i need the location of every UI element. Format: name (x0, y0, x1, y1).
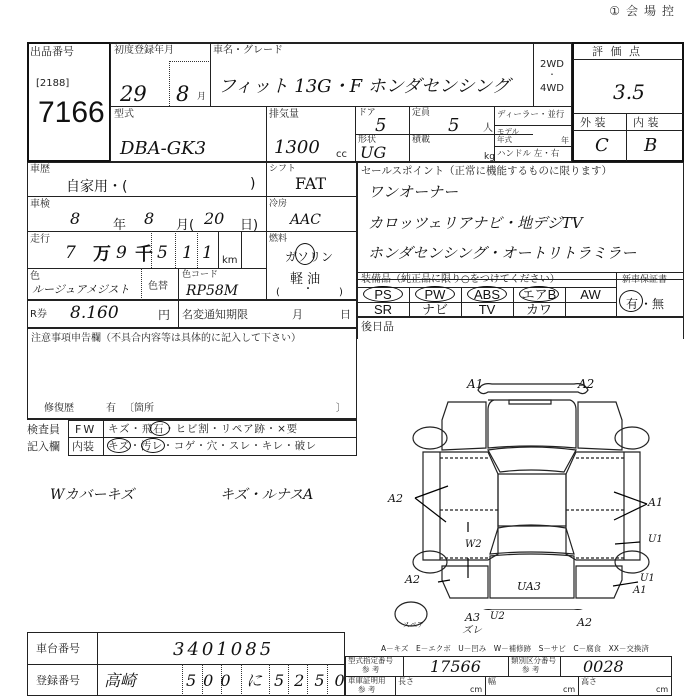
model-type-value: DBA-GK3 (120, 140, 206, 158)
displacement-value: 1300 (274, 139, 320, 157)
sales-point-1: ワンオーナー (368, 185, 458, 200)
length-unit: cm (470, 686, 482, 694)
grade-score-value: 3.5 (613, 82, 645, 102)
category-number-label: 類別区分番号 (511, 657, 556, 665)
equipment-item: TV (461, 303, 513, 317)
rear-note: ズレ (462, 626, 482, 636)
equipment-circle (415, 286, 455, 302)
lot-number: 7166 (38, 96, 105, 130)
chassis-value: 3401085 (173, 641, 274, 659)
damage-legend: A－キズ E－エクボ U－凹み W－補修跡 S－サビ C－腐食 XX－交換済 (381, 645, 649, 653)
grade-score-label: 評 価 点 (592, 46, 642, 57)
interior-items: キズ・汚レ・コゲ・穴・スレ・キレ・破レ (108, 441, 317, 452)
fuel-gasoline-circle (295, 243, 315, 265)
color-value: ルージュアメジスト (32, 284, 130, 295)
lot-sub-number: [2188] (36, 79, 69, 89)
notes-label: 注意事項申告欄（不具合内容等は具体的に記入して下さい） (31, 334, 301, 344)
name-change-day: 日 (340, 309, 351, 320)
inspection-year: 8 (70, 211, 80, 227)
mark-trunk: UA3 (517, 581, 541, 592)
equipment-item: ナビ (409, 303, 461, 317)
fuel-label: 燃料 (269, 235, 287, 244)
inspector-comment-left: Wカバーキズ (50, 488, 134, 502)
first-reg-year: 29 (120, 84, 147, 105)
name-change-month: 月 (292, 309, 303, 320)
inspector-label-2: 記入欄 (27, 441, 60, 452)
interior-label: 内 装 (633, 117, 659, 128)
aircon-label: 冷房 (269, 200, 287, 209)
mark-left-door: A2 (388, 493, 403, 504)
drive-4wd: 4WD (540, 84, 564, 94)
model-year-label: モデル年式 (497, 128, 521, 143)
spare-label: スペア (403, 622, 424, 629)
color-code-value: RP58M (186, 284, 238, 298)
color-change-label: 色替 (148, 282, 168, 292)
registration-number: 5250 (274, 673, 355, 689)
equipment-item: SR (357, 303, 409, 317)
category-number-value: 0028 (583, 659, 624, 675)
model-year-unit: 年 (561, 137, 569, 145)
color-label: 色 (30, 272, 40, 282)
color-code-label: 色コード (182, 271, 218, 280)
car-name-label: 車名・グレード (213, 46, 283, 56)
fw-items: キズ・飛石・ヒビ割・リペア跡・×要 (108, 424, 298, 435)
mark-front-right: A2 (578, 378, 594, 390)
interior-scratch-circle (107, 438, 131, 453)
inspection-month: 8 (144, 211, 154, 227)
interior-grade: B (644, 137, 657, 155)
lot-label: 出品番号 (30, 46, 74, 57)
width-unit: cm (563, 686, 575, 694)
mark-right-door: A1 (648, 497, 663, 508)
inspector-comment-right: キズ・ルナスA (220, 488, 313, 502)
sales-points-label: セールスポイント（正常に機能するものに限ります） (361, 166, 612, 177)
recycle-label: R券 (30, 310, 47, 320)
mark-front-left: A1 (467, 378, 483, 390)
mileage-digit-1: 5 (157, 245, 168, 262)
mark-rear-bumper-left: A3 (465, 612, 480, 623)
registration-label: 登録番号 (36, 675, 80, 686)
inspection-day: 20 (204, 211, 224, 227)
history-label: 車歴 (30, 165, 50, 175)
fw-label: FW (75, 424, 96, 435)
displacement-unit: cc (336, 150, 347, 160)
registration-area: 高崎 (104, 673, 136, 689)
mileage-man: 7 (65, 245, 76, 262)
registration-class: 500 (186, 673, 238, 689)
drive-2wd: 2WD (540, 60, 564, 70)
fuel-other-open: ( (276, 287, 280, 298)
doors-label: ドア (358, 109, 376, 118)
equipment-item: カワ (513, 303, 565, 317)
capacity-unit: 人 (483, 124, 493, 134)
vehicle-cert-sub: 参 考 (358, 686, 375, 694)
later-items-label: 後日品 (361, 321, 394, 332)
mark-rear-bumper-mid: U2 (490, 612, 505, 622)
mileage-unit: km (222, 256, 238, 266)
aircon-value: AAC (290, 213, 321, 227)
mileage-label: 走行 (30, 235, 50, 245)
shape-value: UG (360, 145, 386, 161)
mileage-man-unit: 万 (93, 240, 111, 266)
history-close: ) (250, 176, 255, 192)
length-label: 長さ (398, 678, 414, 686)
warranty-no: 無 (652, 295, 664, 312)
repair-location-close: 〕 (336, 404, 346, 414)
mileage-sen: 9 (116, 245, 127, 262)
shift-value: FAT (295, 176, 326, 192)
car-name-value: フィット 13G・F ホンダセンシング (218, 78, 510, 96)
registration-kana: に (246, 673, 262, 689)
height-label: 高さ (581, 678, 597, 686)
interior-label-row: 内装 (72, 441, 94, 452)
equipment-label: 装備品（純正品に限り○をつけてください） (361, 275, 560, 285)
interior-stain-circle (141, 438, 165, 453)
repair-history-value: 有 (106, 404, 116, 414)
mark-right-rear-1: U1 (640, 574, 655, 584)
fw-chip-circle (150, 421, 170, 436)
category-number-sub: 参 考 (522, 666, 539, 674)
sales-point-2: カロッツェリアナビ・地デジTV (368, 216, 583, 231)
fuel-dot: ・ (303, 280, 313, 295)
sales-point-3: ホンダセンシング・オートリトラミラー (368, 246, 636, 261)
shift-label: シフト (269, 165, 296, 174)
mileage-digit-3: 1 (202, 245, 213, 262)
mileage-digit-2: 1 (182, 245, 193, 262)
warranty-label: 新車保証書 (622, 276, 667, 285)
exterior-grade: C (595, 137, 609, 155)
first-reg-label: 初度登録年月 (114, 46, 174, 56)
warranty-yes-circle (619, 290, 643, 312)
height-unit: cm (656, 686, 668, 694)
mark-right-rear-2: A1 (633, 586, 647, 596)
drive-dot: ・ (548, 71, 556, 79)
equipment-circle (467, 286, 507, 302)
doors-value: 5 (375, 117, 386, 135)
name-change-label: 名変通知期限 (182, 309, 248, 320)
inspection-label: 車検 (30, 200, 50, 210)
capacity-label: 定員 (412, 109, 430, 118)
type-designation-sub: 参 考 (362, 666, 379, 674)
recycle-unit: 円 (158, 309, 170, 321)
width-label: 幅 (488, 678, 496, 686)
later-items-box (357, 317, 684, 339)
exterior-label: 外 装 (580, 117, 606, 128)
type-designation-value: 17566 (430, 659, 481, 675)
equipment-circle (363, 286, 403, 302)
type-designation-label: 型式指定番号 (348, 657, 393, 665)
chassis-label: 車台番号 (36, 643, 80, 654)
repair-location-open: 〔箇所 (124, 404, 154, 414)
displacement-label: 排気量 (269, 110, 299, 120)
equipment-circle (519, 286, 559, 302)
load-label: 積載 (412, 136, 430, 145)
mark-left-rear: A2 (405, 574, 420, 585)
fuel-other-close: ) (339, 287, 343, 298)
inspector-label-1: 検査員 (27, 424, 60, 435)
history-value: 自家用・( (66, 176, 127, 196)
mark-rear-bumper-right: A2 (577, 617, 592, 628)
capacity-value: 5 (448, 117, 459, 135)
vehicle-cert-label: 車庫証明用 (348, 677, 386, 685)
dealer-label: ディーラー・並行 (497, 111, 564, 120)
first-reg-month: 8 (176, 84, 189, 105)
mark-left-pillar: W2 (465, 540, 482, 550)
sheet-copy-label: ①会場控 (609, 2, 680, 19)
repair-history-label: 修復歴 (44, 404, 74, 414)
model-type-label: 型式 (114, 110, 134, 120)
equipment-item: AW (565, 288, 616, 302)
handle-label: ハンドル 左・右 (497, 150, 559, 159)
first-reg-month-unit: 月 (197, 93, 206, 102)
mark-right-sill: U1 (648, 535, 663, 545)
recycle-value: 8.160 (70, 305, 119, 322)
